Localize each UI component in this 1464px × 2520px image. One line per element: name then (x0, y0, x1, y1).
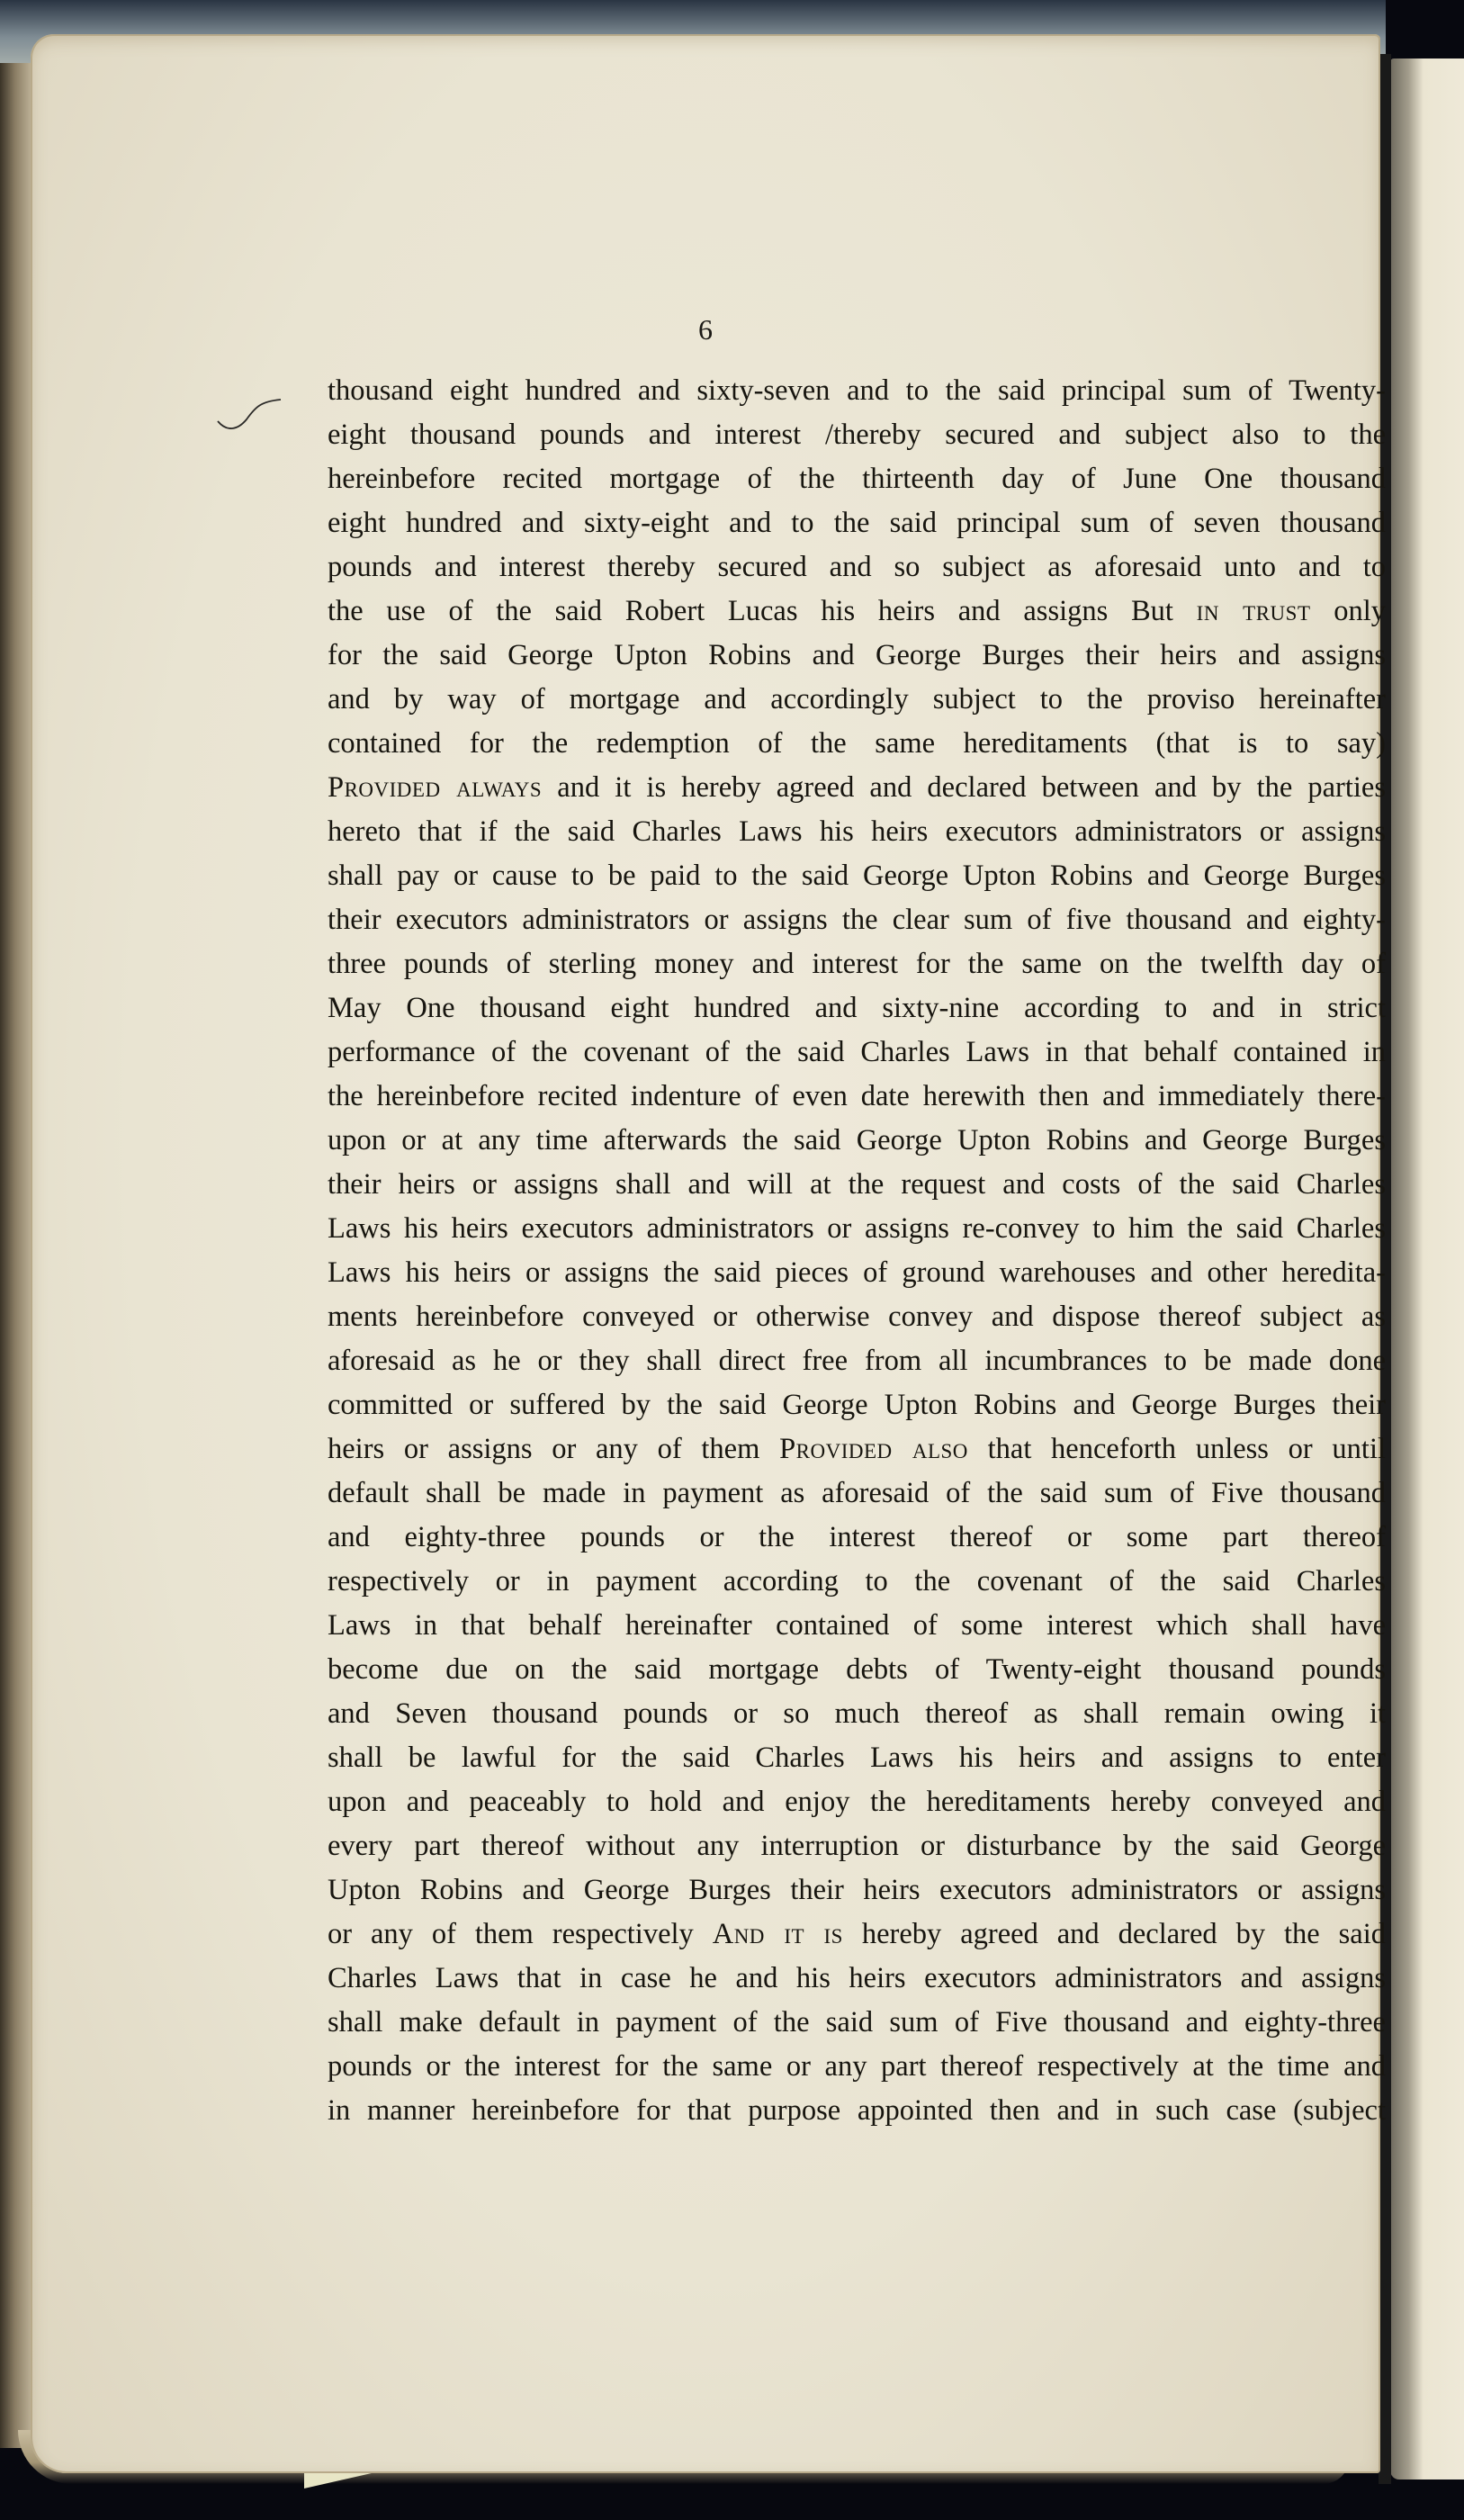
small-caps-phrase: Provided always (328, 771, 542, 804)
text-line: Upton Robins and George Burges their hei… (328, 1868, 1386, 1912)
small-caps-phrase: Provided also (779, 1433, 968, 1465)
text-line: for the said George Upton Robins and Geo… (328, 634, 1386, 678)
document-page: 6 thousand eight hundred and sixty-seven… (31, 34, 1380, 2473)
text-line: heirs or assigns or any of them Provided… (328, 1427, 1386, 1471)
text-line: the hereinbefore recited indenture of ev… (328, 1075, 1386, 1119)
text-line: become due on the said mortgage debts of… (328, 1648, 1386, 1692)
text-line: their heirs or assigns shall and will at… (328, 1163, 1386, 1207)
text-line: every part thereof without any interrupt… (328, 1824, 1386, 1868)
text-line: May One thousand eight hundred and sixty… (328, 986, 1386, 1030)
text-line: eight thousand pounds and interest /ther… (328, 413, 1386, 457)
text-line: contained for the redemption of the same… (328, 722, 1386, 766)
text-line: in manner hereinbefore for that purpose … (328, 2089, 1386, 2133)
small-caps-phrase: And it is (713, 1918, 843, 1950)
text-line: Provided always and it is hereby agreed … (328, 766, 1386, 810)
text-line: shall be lawful for the said Charles Law… (328, 1736, 1386, 1780)
text-line: and by way of mortgage and accordingly s… (328, 678, 1386, 722)
text-segment: and it is hereby agreed and declared bet… (557, 771, 1386, 804)
text-line: ments hereinbefore conveyed or otherwise… (328, 1295, 1386, 1339)
pencil-tick-mark-icon (211, 392, 292, 437)
text-line: the use of the said Robert Lucas his hei… (328, 589, 1386, 634)
deed-body-text: thousand eight hundred and sixty-seven a… (328, 369, 1386, 2133)
text-line: respectively or in payment according to … (328, 1560, 1386, 1604)
text-line: and eighty-three pounds or the interest … (328, 1516, 1386, 1560)
text-line: Laws his heirs or assigns the said piece… (328, 1251, 1386, 1295)
text-line: Charles Laws that in case he and his hei… (328, 1957, 1386, 2001)
text-line: upon or at any time afterwards the said … (328, 1119, 1386, 1163)
text-line: or any of them respectively And it is he… (328, 1912, 1386, 1957)
text-line: Laws in that behalf hereinafter containe… (328, 1604, 1386, 1648)
text-line: Laws his heirs executors administrators … (328, 1207, 1386, 1251)
text-segment: that henceforth unless or until (988, 1433, 1386, 1465)
page-number: 6 (31, 313, 1380, 346)
text-line: eight hundred and sixty-eight and to the… (328, 501, 1386, 545)
text-segment: heirs or assigns or any of them (328, 1433, 759, 1465)
text-line: hereto that if the said Charles Laws his… (328, 810, 1386, 854)
text-line: upon and peaceably to hold and enjoy the… (328, 1780, 1386, 1824)
text-segment: only (1334, 595, 1386, 627)
text-segment: the use of the said Robert Lucas his hei… (328, 595, 1173, 627)
text-line: hereinbefore recited mortgage of the thi… (328, 457, 1386, 501)
text-line: three pounds of sterling money and inter… (328, 942, 1386, 986)
text-line: shall make default in payment of the sai… (328, 2001, 1386, 2045)
text-line: default shall be made in payment as afor… (328, 1471, 1386, 1516)
text-line: performance of the covenant of the said … (328, 1030, 1386, 1075)
text-line: committed or suffered by the said George… (328, 1383, 1386, 1427)
text-line: thousand eight hundred and sixty-seven a… (328, 369, 1386, 413)
text-line: and Seven thousand pounds or so much the… (328, 1692, 1386, 1736)
text-line: aforesaid as he or they shall direct fre… (328, 1339, 1386, 1383)
text-segment: hereby agreed and declared by the said (862, 1918, 1386, 1950)
text-line: pounds and interest thereby secured and … (328, 545, 1386, 589)
text-line: shall pay or cause to be paid to the sai… (328, 854, 1386, 898)
text-segment: or any of them respectively (328, 1918, 694, 1950)
text-line: their executors administrators or assign… (328, 898, 1386, 942)
small-caps-phrase: in trust (1197, 595, 1311, 627)
text-line: pounds or the interest for the same or a… (328, 2045, 1386, 2089)
adjacent-page-edge (1390, 58, 1464, 2479)
